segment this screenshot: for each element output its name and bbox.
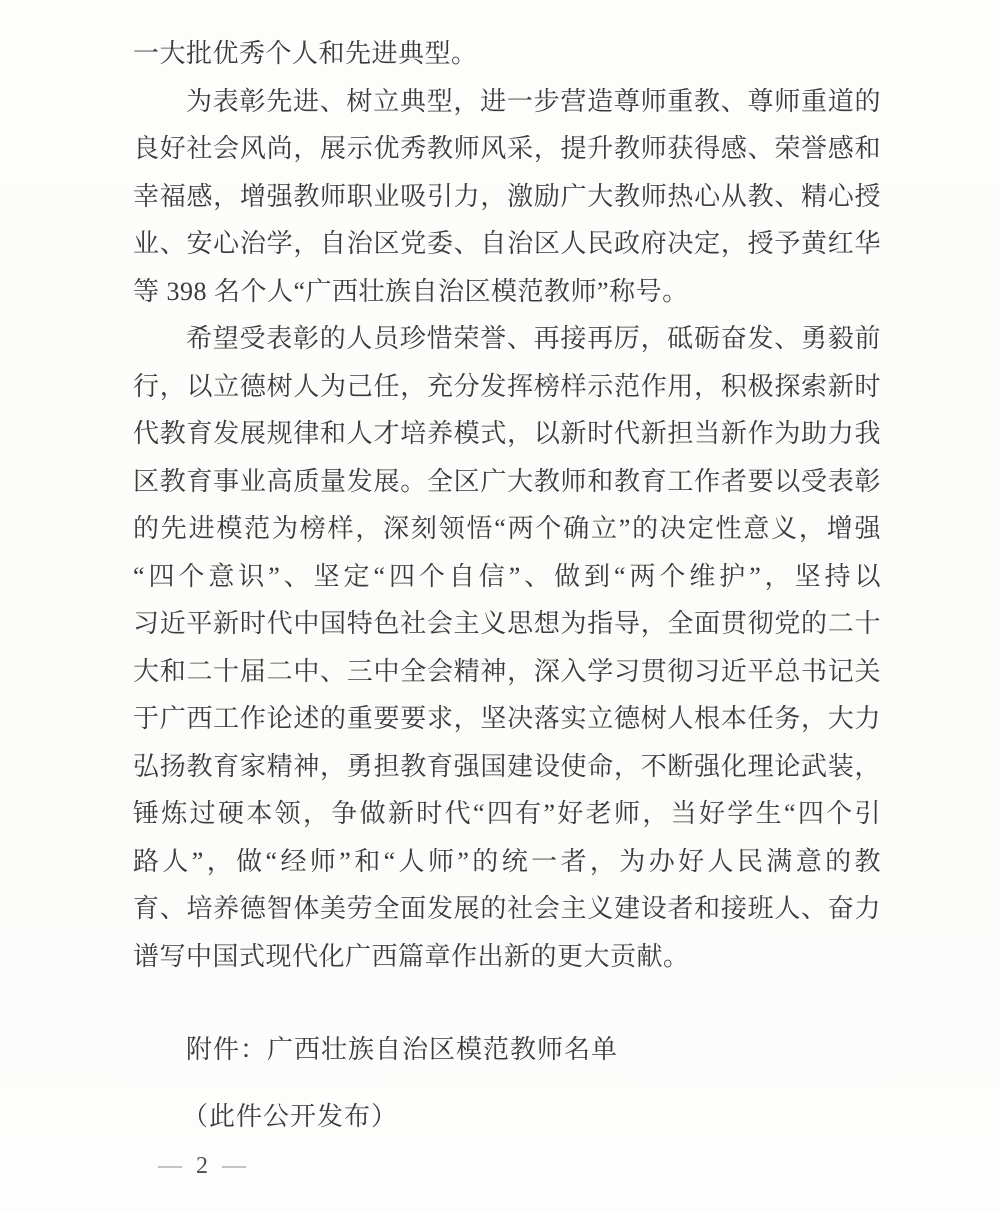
body-line: 幸福感，增强教师职业吸引力，激励广大教师热心从教、精心授: [133, 173, 881, 221]
body-line: 大和二十届二中、三中全会精神，深入学习贯彻习近平总书记关: [133, 648, 881, 696]
body-line: 良好社会风尚，展示优秀教师风采，提升教师获得感、荣誉感和: [133, 125, 881, 173]
body-line: 为表彰先进、树立典型，进一步营造尊师重教、尊师重道的: [133, 78, 881, 126]
body-line: 习近平新时代中国特色社会主义思想为指导，全面贯彻党的二十: [133, 600, 881, 648]
body-line: 路人”，做“经师”和“人师”的统一者，为办好人民满意的教: [133, 838, 881, 886]
body-line: 谱写中国式现代化广西篇章作出新的更大贡献。: [133, 933, 881, 981]
body-line: “四个意识”、坚定“四个自信”、做到“两个维护”，坚持以: [133, 553, 881, 601]
body-line: 区教育事业高质量发展。全区广大教师和教育工作者要以受表彰: [133, 458, 881, 506]
body-line: 育、培养德智体美劳全面发展的社会主义建设者和接班人、奋力: [133, 885, 881, 933]
attachment-reference: 附件：广西壮族自治区模范教师名单: [186, 1026, 618, 1074]
footer-dash-right: —: [222, 1153, 246, 1179]
body-line: 希望受表彰的人员珍惜荣誉、再接再厉，砥砺奋发、勇毅前: [133, 315, 881, 363]
body-line: 业、安心治学，自治区党委、自治区人民政府决定，授予黄红华: [133, 220, 881, 268]
document-body: 一大批优秀个人和先进典型。 为表彰先进、树立典型，进一步营造尊师重教、尊师重道的…: [133, 30, 881, 980]
page-number: — 2 —: [158, 1150, 246, 1182]
footer-dash-left: —: [158, 1153, 182, 1179]
body-line: 锤炼过硬本领，争做新时代“四有”好老师，当好学生“四个引: [133, 790, 881, 838]
body-line: 行，以立德树人为己任，充分发挥榜样示范作用，积极探索新时: [133, 363, 881, 411]
footer-page-num: 2: [196, 1150, 208, 1182]
body-line: 代教育发展规律和人才培养模式，以新时代新担当新作为助力我: [133, 410, 881, 458]
body-line: 的先进模范为榜样，深刻领悟“两个确立”的决定性意义，增强: [133, 505, 881, 553]
body-line: 一大批优秀个人和先进典型。: [133, 30, 881, 78]
public-release-note: （此件公开发布）: [182, 1093, 398, 1141]
body-line: 弘扬教育家精神，勇担教育强国建设使命，不断强化理论武装，: [133, 743, 881, 791]
body-line: 等 398 名个人“广西壮族自治区模范教师”称号。: [133, 268, 881, 316]
body-line: 于广西工作论述的重要要求，坚决落实立德树人根本任务，大力: [133, 695, 881, 743]
scanned-document-page: 一大批优秀个人和先进典型。 为表彰先进、树立典型，进一步营造尊师重教、尊师重道的…: [0, 0, 1000, 1211]
